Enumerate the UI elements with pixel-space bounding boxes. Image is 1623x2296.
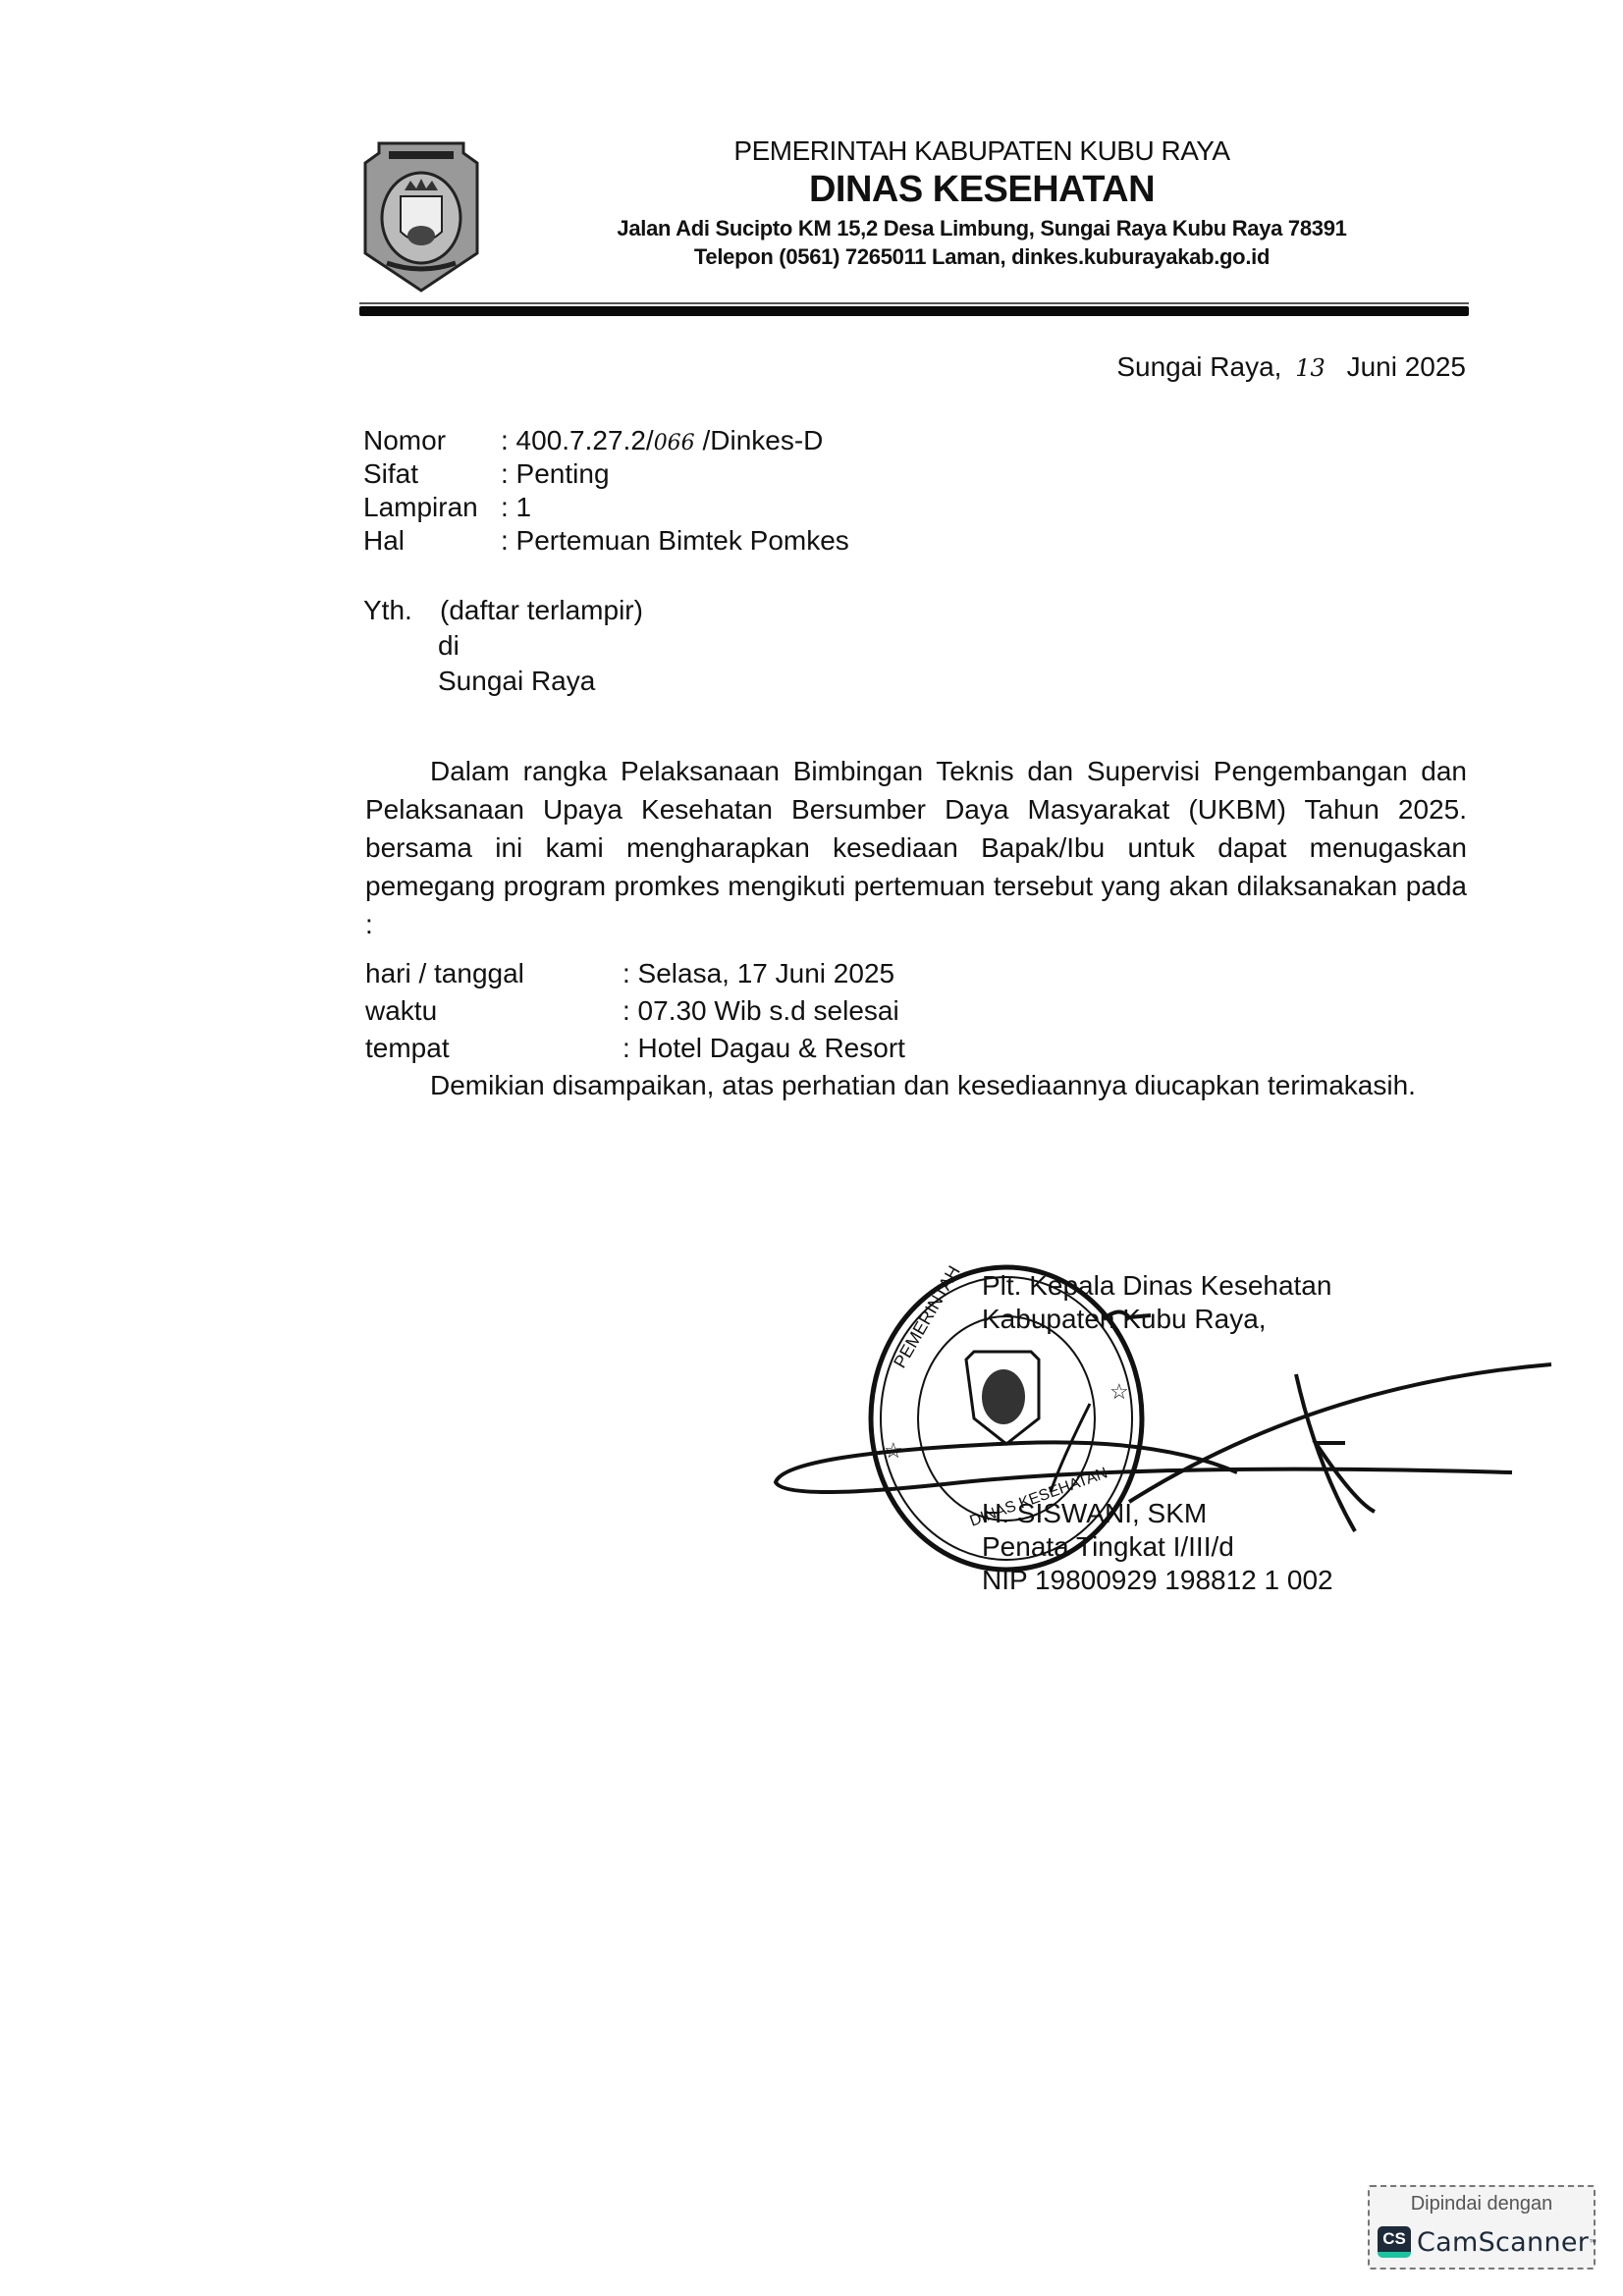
closing-paragraph: Demikian disampaikan, atas perhatian dan… (365, 1066, 1467, 1104)
office-address: Jalan Adi Sucipto KM 15,2 Desa Limbung, … (491, 216, 1473, 241)
camscanner-watermark: Dipindai dengan CS CamScanner™ (1368, 2185, 1596, 2269)
detail-row-place: tempat: Hotel Dagau & Resort (365, 1033, 905, 1064)
coat-of-arms-icon (361, 137, 481, 294)
detail-value: : Selasa, 17 Juni 2025 (622, 958, 894, 988)
detail-label: tempat (365, 1033, 622, 1064)
watermark-brand-name: CamScanner (1417, 2227, 1589, 2258)
detail-value: : Hotel Dagau & Resort (622, 1033, 905, 1063)
detail-row-date: hari / tanggal: Selasa, 17 Juni 2025 (365, 958, 894, 989)
meta-label: Lampiran (363, 491, 501, 524)
signature-flourish-icon (1100, 1302, 1155, 1325)
meta-label: Nomor (363, 424, 501, 457)
camscanner-logo-icon: CS (1378, 2226, 1411, 2258)
office-contact: Telepon (0561) 7265011 Laman, dinkes.kub… (491, 244, 1473, 270)
recipient-location: Sungai Raya (438, 666, 595, 697)
date-month-year: Juni 2025 (1347, 351, 1466, 382)
letter-date: Sungai Raya, 13 Juni 2025 (1116, 351, 1466, 383)
meta-label: Sifat (363, 457, 501, 491)
meta-value: : Pertemuan Bimtek Pomkes (501, 525, 849, 556)
date-day-handwritten: 13 (1295, 354, 1325, 382)
detail-label: waktu (365, 995, 622, 1027)
handwritten-signature-icon (766, 1345, 1571, 1541)
trademark: ™ (1589, 2238, 1596, 2247)
salutation: Yth. (363, 595, 412, 626)
handwritten-number: 066 (654, 431, 695, 455)
detail-value: : 07.30 Wib s.d selesai (622, 995, 899, 1026)
body-paragraph: Dalam rangka Pelaksanaan Bimbingan Tekni… (365, 752, 1467, 943)
department-name: DINAS KESEHATAN (491, 169, 1473, 211)
letterhead-divider-thin (359, 302, 1469, 304)
meta-hal: Hal: Pertemuan Bimtek Pomkes (363, 524, 849, 558)
letter-body: Dalam rangka Pelaksanaan Bimbingan Tekni… (365, 752, 1467, 943)
letterhead-divider (359, 306, 1469, 316)
watermark-caption: Dipindai dengan (1370, 2193, 1594, 2216)
meta-value: : 1 (501, 492, 531, 522)
meta-label: Hal (363, 524, 501, 558)
meta-sifat: Sifat: Penting (363, 457, 610, 491)
detail-row-time: waktu: 07.30 Wib s.d selesai (365, 995, 899, 1027)
government-name: PEMERINTAH KABUPATEN KUBU RAYA (491, 135, 1473, 167)
meta-value: : Penting (501, 458, 610, 489)
recipient: (daftar terlampir) (440, 595, 643, 626)
watermark-brand: CS CamScanner™ (1378, 2226, 1596, 2258)
preposition: di (438, 630, 460, 662)
date-place: Sungai Raya, (1116, 351, 1281, 382)
detail-label: hari / tanggal (365, 958, 622, 989)
meta-lampiran: Lampiran: 1 (363, 491, 531, 524)
meta-nomor: Nomor: 400.7.27.2/066 /Dinkes-D (363, 424, 823, 460)
